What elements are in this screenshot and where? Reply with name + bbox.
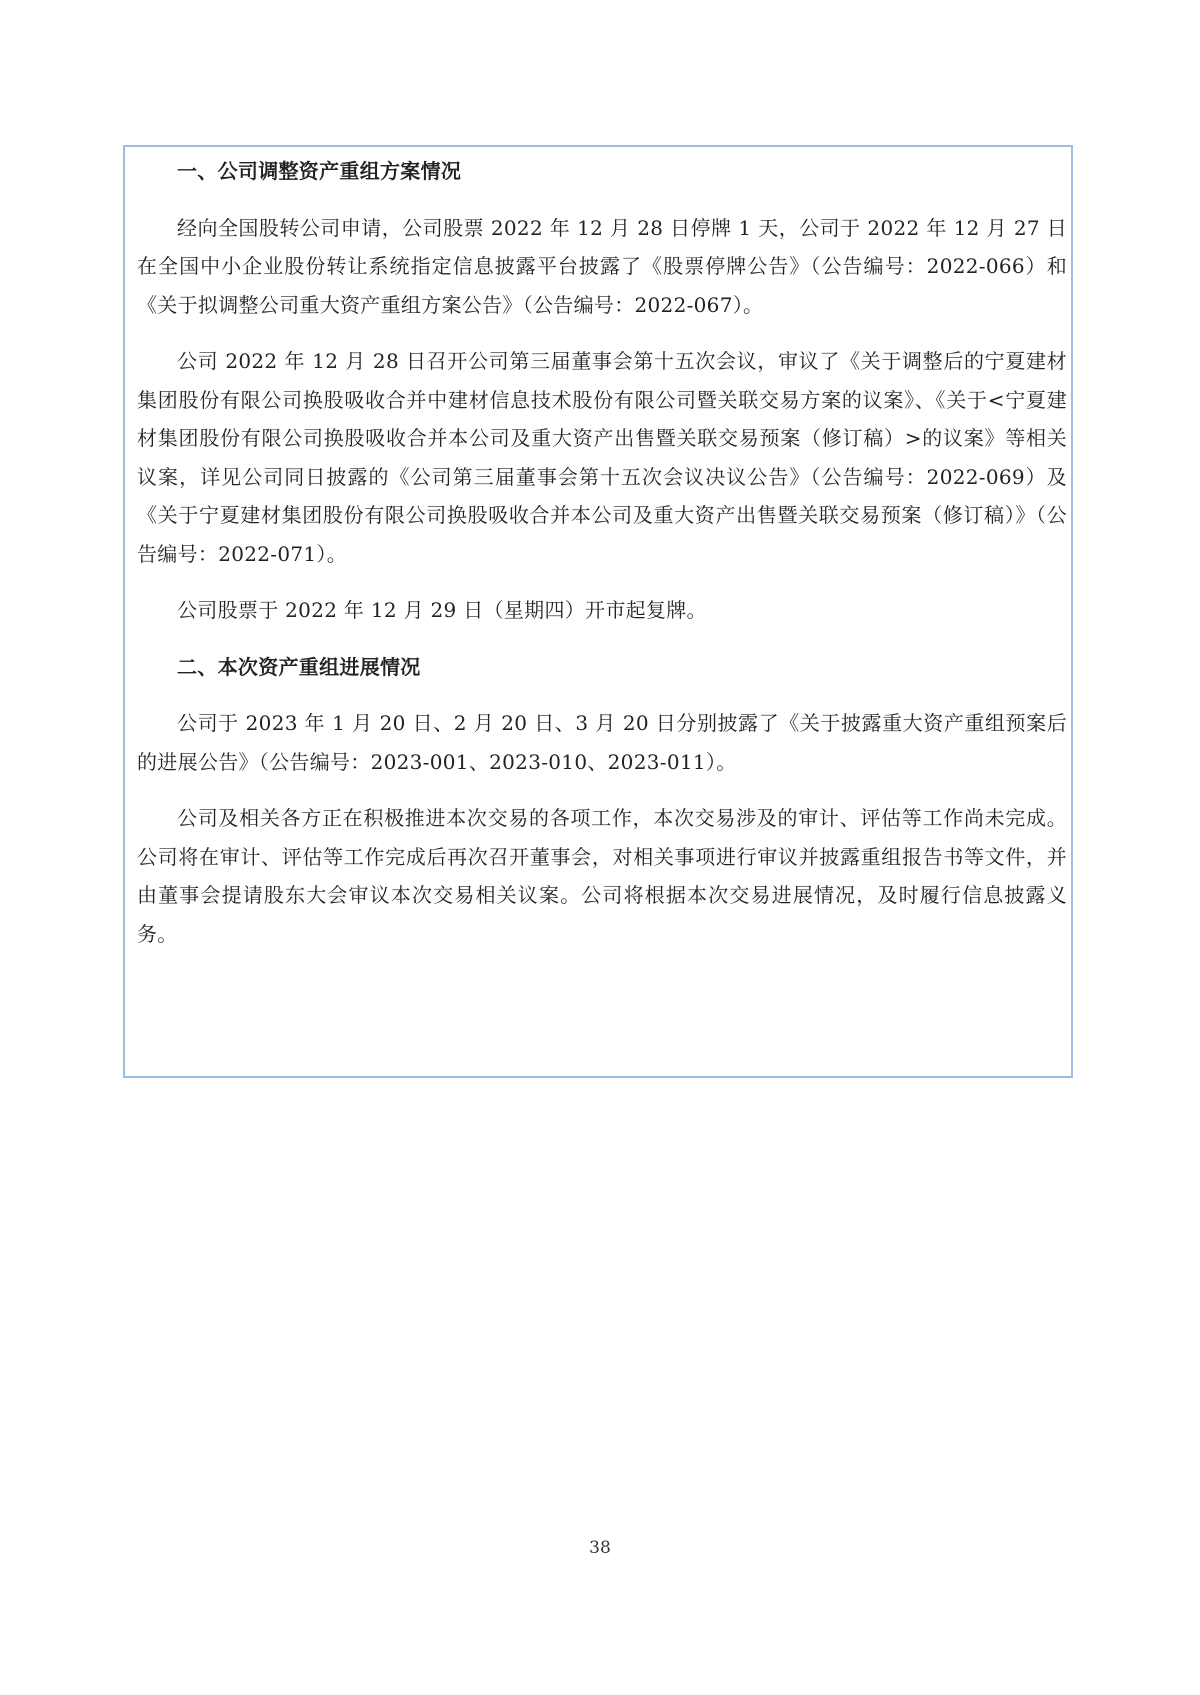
section-heading: 一、公司调整资产重组方案情况 (137, 152, 1067, 191)
section-heading: 二、本次资产重组进展情况 (137, 648, 1067, 687)
paragraph: 公司股票于 2022 年 12 月 29 日（星期四）开市起复牌。 (137, 591, 1067, 630)
section-adjustment: 一、公司调整资产重组方案情况 经向全国股转公司申请，公司股票 2022 年 12… (137, 152, 1067, 630)
paragraph: 经向全国股转公司申请，公司股票 2022 年 12 月 28 日停牌 1 天，公… (137, 209, 1067, 325)
section-progress: 二、本次资产重组进展情况 公司于 2023 年 1 月 20 日、2 月 20 … (137, 648, 1067, 954)
paragraph: 公司于 2023 年 1 月 20 日、2 月 20 日、3 月 20 日分别披… (137, 704, 1067, 781)
page-number: 38 (0, 1538, 1200, 1558)
paragraph: 公司及相关各方正在积极推进本次交易的各项工作，本次交易涉及的审计、评估等工作尚未… (137, 799, 1067, 953)
paragraph: 公司 2022 年 12 月 28 日召开公司第三届董事会第十五次会议，审议了《… (137, 342, 1067, 573)
document-body: 一、公司调整资产重组方案情况 经向全国股转公司申请，公司股票 2022 年 12… (137, 152, 1067, 971)
